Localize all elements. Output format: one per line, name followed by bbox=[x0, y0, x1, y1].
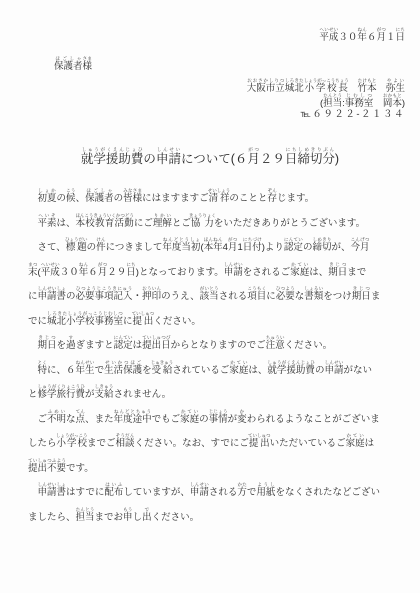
letter-body: 初夏しょかの候こう、保護者ほごしゃの皆様みなさまにはますますご清祥せいしょうのこ… bbox=[28, 187, 394, 530]
letter-page: 平成へいせい３０年ねん６月がつ１日にち 保護者ほごしゃ様さま 大阪市立おおさかし… bbox=[0, 0, 420, 593]
body-line-3: さて、標題ひょうだいの件けんにつきまして年度当初ねんどとうしょ(本年ほんねん4月… bbox=[28, 236, 394, 261]
sender-school-principal: 大阪市立おおさかしりつ城北しろきた小学校長しょうがっこうちょう 竹本たけもと 弥… bbox=[247, 78, 405, 93]
body-line-6: でに城北小学校事務室しろきたしょうがっこうじむしつに提出ていしゅつください。 bbox=[28, 310, 394, 335]
body-line-14: ましたら、担当たんとうまでお申もうし出でください。 bbox=[28, 506, 394, 531]
recipient-line: 保護者ほごしゃ様さま bbox=[54, 56, 92, 75]
body-line-4: 末まつ(平成へいせい３０年ねん６月がつ２９日にち)となっております。申請しんせい… bbox=[28, 261, 394, 286]
body-line-5: に申請書しんせいしょの必要事項記入ひつようじこうきにゅう・押印おういんのうえ、該… bbox=[28, 285, 394, 310]
body-line-8: 特とくに、６年生ねんせいで生活保護せいかつほごを受給じゅきゅうされているご家庭か… bbox=[28, 359, 394, 384]
body-line-7: 期日きじつを過すぎますと認定にんていは提出日ていしゅつびからとなりますのでご注意… bbox=[28, 334, 394, 359]
body-line-9: と修学旅行費しゅうがくりょこうひが支給しきゅうされません。 bbox=[28, 383, 394, 408]
body-line-1: 初夏しょかの候こう、保護者ほごしゃの皆様みなさまにはますますご清祥せいしょうのこ… bbox=[28, 187, 394, 212]
letter-date: 平成へいせい３０年ねん６月がつ１日にち bbox=[319, 27, 405, 46]
document-title: 就学援助費しゅうがくえんじょひの申請しんせいについて(６月がつ２９日締切分にちし… bbox=[0, 147, 420, 169]
sender-block: 大阪市立おおさかしりつ城北しろきた小学校長しょうがっこうちょう 竹本たけもと 弥… bbox=[247, 78, 405, 121]
body-line-12: 提出不要ていしゅつふようです。 bbox=[28, 457, 394, 482]
body-line-11: したら小学校しょうがっこうまでご相談そうだんください。なお、すでにご提出ていしゅ… bbox=[28, 432, 394, 457]
body-line-10: ご不明ふめいな点てん、また年度途中ねんどとちゅうでもご家庭かていの事情じじょうが… bbox=[28, 408, 394, 433]
body-line-2: 平素へいそは、本校教育活動ほんこうきょういくかつどうにご理解りかいとご協力きょう… bbox=[28, 212, 394, 237]
sender-telephone: ℡６９２２-２１３４ bbox=[247, 108, 405, 121]
body-line-13: 申請書しんせいしょはすでに配布はいふしていますが、申請しんせいされる方かたで用紙… bbox=[28, 481, 394, 506]
